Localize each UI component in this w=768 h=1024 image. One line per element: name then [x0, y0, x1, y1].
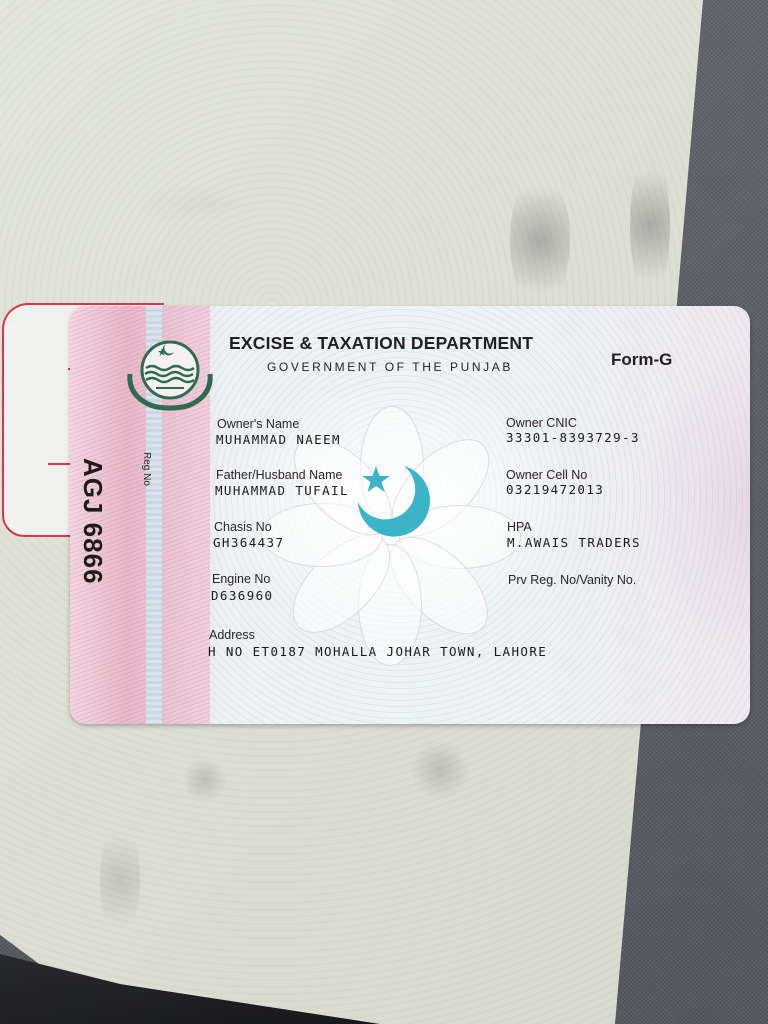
father-husband-name-label: Father/Husband Name	[216, 468, 342, 482]
chassis-no-label: Chasis No	[214, 520, 272, 534]
hpa-value: M.AWAIS TRADERS	[507, 535, 641, 550]
stain	[410, 740, 470, 800]
engine-no-value: D636960	[211, 588, 273, 603]
engine-no-label: Engine No	[212, 572, 270, 586]
crescent-star-icon	[352, 458, 434, 542]
father-husband-name-value: MUHAMMAD TUFAIL	[215, 483, 349, 498]
department-title: EXCISE & TAXATION DEPARTMENT	[229, 333, 533, 354]
stain	[100, 820, 140, 940]
reg-no-value: AGJ 6866	[77, 458, 108, 585]
prv-reg-no-label: Prv Reg. No/Vanity No.	[508, 573, 636, 587]
vehicle-registration-card: Reg No AGJ 6866 EXCISE & TAXATION DEPART…	[70, 306, 750, 724]
hpa-label: HPA	[507, 520, 532, 534]
punjab-government-emblem	[122, 334, 218, 416]
government-subtitle: GOVERNMENT OF THE PUNJAB	[267, 360, 513, 374]
owner-cnic-label: Owner CNIC	[506, 416, 577, 430]
address-value: H NO ET0187 MOHALLA JOHAR TOWN, LAHORE	[208, 644, 547, 659]
owner-cell-no-label: Owner Cell No	[506, 468, 587, 482]
stain	[510, 170, 570, 310]
address-label: Address	[209, 628, 255, 642]
reg-no-label: Reg No	[141, 452, 152, 486]
owner-name-label: Owner's Name	[217, 417, 299, 431]
form-type: Form-G	[611, 350, 672, 370]
chassis-no-value: GH364437	[213, 535, 284, 550]
owner-name-value: MUHAMMAD NAEEM	[216, 432, 341, 447]
stain	[630, 150, 670, 300]
owner-cnic-value: 33301-8393729-3	[506, 430, 640, 445]
stain	[180, 760, 230, 800]
owner-cell-no-value: 03219472013	[506, 482, 604, 497]
